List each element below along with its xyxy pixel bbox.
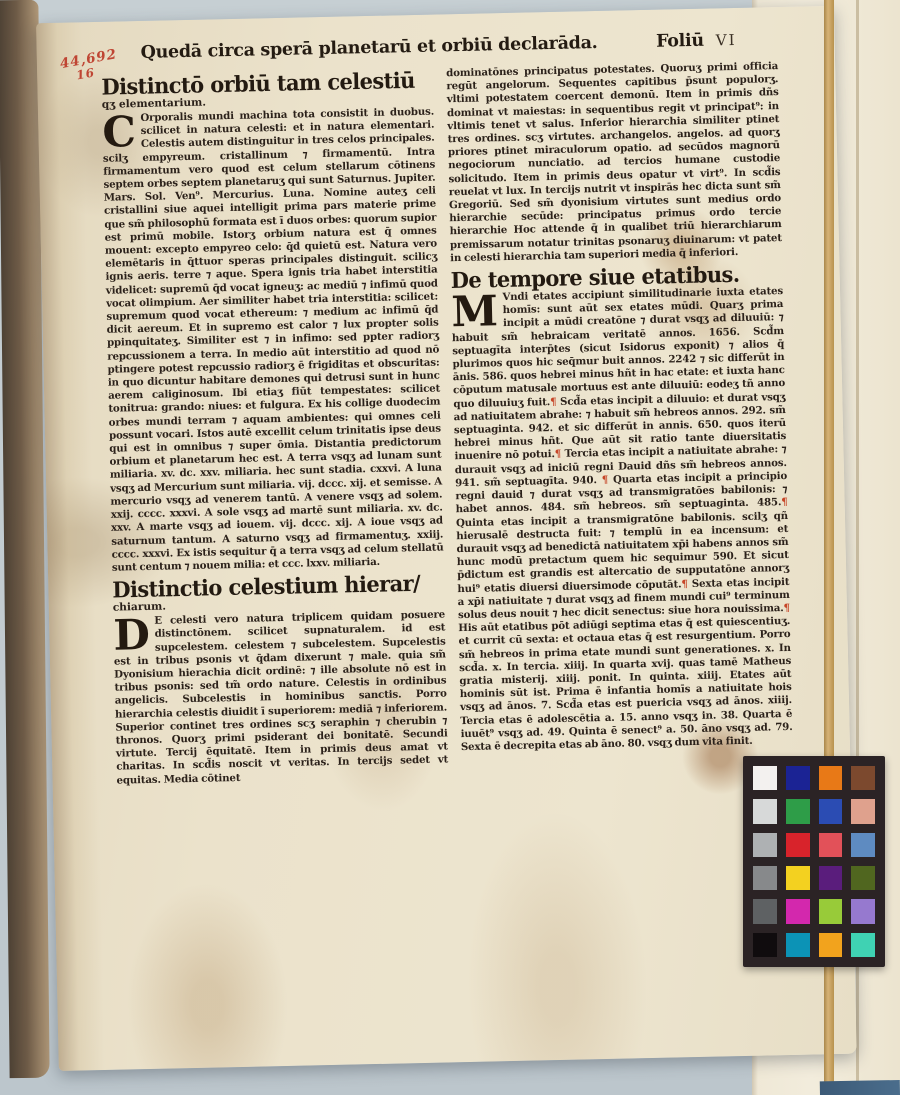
body-paragraph: COrporalis mundi machina tota consistit … [102, 106, 444, 575]
color-patch [786, 799, 810, 823]
color-patch [753, 766, 777, 790]
rubric-pilcrow: ¶ [781, 496, 788, 508]
text-block: Quedā circa sperā planetarū et orbiū dec… [100, 29, 794, 787]
color-patch [786, 866, 810, 890]
book-page: 44,692 16 Quedā circa sperā planetarū et… [36, 6, 857, 1071]
body-paragraph: DE celesti vero natura triplicem quidam … [113, 609, 449, 788]
photo-background: 44,692 16 Quedā circa sperā planetarū et… [0, 0, 900, 1095]
color-patch [819, 833, 843, 857]
folio-label: Foliū [656, 31, 704, 52]
color-patch [851, 899, 875, 923]
color-card-grid [753, 766, 875, 957]
color-calibration-card [743, 756, 885, 967]
color-patch [851, 799, 875, 823]
color-patch [819, 866, 843, 890]
color-patch [786, 933, 810, 957]
color-patch [753, 833, 777, 857]
drop-cap-initial: C [102, 114, 136, 151]
color-patch [786, 833, 810, 857]
text-segment: His aūt etatibus pōt adiūgi septima etas… [458, 615, 792, 753]
color-patch [819, 799, 843, 823]
color-patch [753, 899, 777, 923]
color-patch [753, 866, 777, 890]
color-patch [786, 766, 810, 790]
body-paragraph: dominatōnes principatus potestates. Quor… [446, 60, 782, 265]
color-patch [851, 933, 875, 957]
rubric-pilcrow: ¶ [783, 602, 790, 614]
running-head-title: Quedā circa sperā planetarū et orbiū dec… [140, 33, 597, 63]
text-segment: E celesti vero natura triplicem quidam p… [114, 609, 448, 787]
text-columns: Distinctō orbiū tam celestiū qʒ elementa… [101, 60, 794, 787]
paragraph-text: dominatōnes principatus potestates. Quor… [446, 60, 782, 264]
column-left: Distinctō orbiū tam celestiū qʒ elementa… [101, 68, 448, 788]
folio-marker: Foliū VI [656, 30, 737, 52]
color-patch [851, 866, 875, 890]
color-patch [851, 766, 875, 790]
color-patch [819, 899, 843, 923]
drop-cap-initial: M [451, 293, 498, 330]
body-paragraph: MVndi etates accipiunt similitudinarie i… [451, 285, 793, 754]
color-patch [819, 766, 843, 790]
paragraph-text: Vndi etates accipiunt similitudinarie iu… [452, 285, 793, 753]
folio-number: VI [716, 31, 737, 49]
color-patch [851, 833, 875, 857]
drop-cap-initial: D [113, 617, 150, 654]
paragraph-text: E celesti vero natura triplicem quidam p… [114, 609, 448, 787]
text-segment: dominatōnes principatus potestates. Quor… [446, 60, 782, 264]
running-head: Quedā circa sperā planetarū et orbiū dec… [100, 29, 778, 64]
color-patch [819, 933, 843, 957]
text-segment: Orporalis mundi machina tota consistit i… [103, 106, 444, 574]
table-edge [820, 1080, 900, 1095]
paragraph-text: Orporalis mundi machina tota consistit i… [103, 106, 444, 574]
color-patch [786, 899, 810, 923]
color-patch [753, 933, 777, 957]
color-patch [753, 799, 777, 823]
column-right: dominatōnes principatus potestates. Quor… [446, 60, 793, 780]
